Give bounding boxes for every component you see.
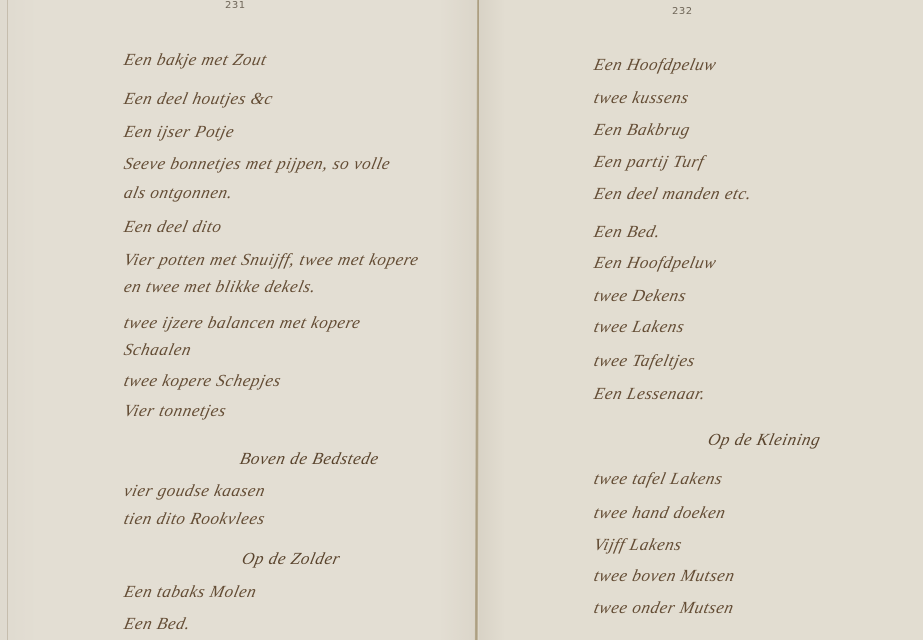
inventory-line: twee hand doeken <box>592 503 728 523</box>
folio-number-right: 232 <box>672 6 693 17</box>
inventory-line: twee Tafeltjes <box>592 351 697 371</box>
page-edge-line <box>7 0 8 640</box>
inventory-line: Een Hoofdpeluw <box>592 55 718 75</box>
inventory-line: Een Bakbrug <box>592 120 692 140</box>
inventory-line: twee Lakens <box>592 317 686 337</box>
inventory-line: Een Hoofdpeluw <box>592 253 718 273</box>
inventory-line: Een deel dito <box>122 217 224 237</box>
inventory-line: twee tafel Lakens <box>592 469 724 489</box>
inventory-line: als ontgonnen. <box>122 183 235 203</box>
inventory-line: tien dito Rookvlees <box>122 509 267 529</box>
inventory-line: Een ijser Potje <box>122 122 236 142</box>
section-heading: Op de Zolder <box>240 549 342 569</box>
inventory-line: Een Lessenaar. <box>592 384 708 404</box>
section-heading: Op de Kleining <box>706 430 823 450</box>
inventory-line: Een Bed. <box>122 614 192 634</box>
inventory-line: twee boven Mutsen <box>592 566 737 586</box>
inventory-line: Vier potten met Snuijff, twee met kopere <box>122 250 421 270</box>
inventory-line: twee kussens <box>592 88 691 108</box>
section-heading: Boven de Bedstede <box>238 449 381 469</box>
folio-number-left: 231 <box>225 0 246 11</box>
inventory-line: Een deel houtjes &c <box>122 89 275 109</box>
left-page: 231 Een bakje met Zout Een deel houtjes … <box>0 0 477 640</box>
inventory-line: Een partij Turf <box>592 152 706 172</box>
right-page: 232 Een Hoofdpeluw twee kussens Een Bakb… <box>479 0 923 640</box>
inventory-line: vier goudse kaasen <box>122 481 267 501</box>
manuscript-spread: 231 Een bakje met Zout Een deel houtjes … <box>0 0 923 640</box>
inventory-line: Vier tonnetjes <box>122 401 228 421</box>
inventory-line: Een tabaks Molen <box>122 582 259 602</box>
inventory-line: Een Bed. <box>592 222 662 242</box>
inventory-line: Een deel manden etc. <box>592 184 754 204</box>
inventory-line: en twee met blikke dekels. <box>122 277 318 297</box>
inventory-line: twee Dekens <box>592 286 688 306</box>
inventory-line: twee onder Mutsen <box>592 598 736 618</box>
inventory-line: twee ijzere balancen met kopere <box>122 313 363 333</box>
inventory-line: twee kopere Schepjes <box>122 371 283 391</box>
inventory-line: Een bakje met Zout <box>122 50 269 70</box>
inventory-line: Vijff Lakens <box>592 535 684 555</box>
inventory-line: Seeve bonnetjes met pijpen, so volle <box>122 154 392 174</box>
inventory-line: Schaalen <box>122 340 193 360</box>
